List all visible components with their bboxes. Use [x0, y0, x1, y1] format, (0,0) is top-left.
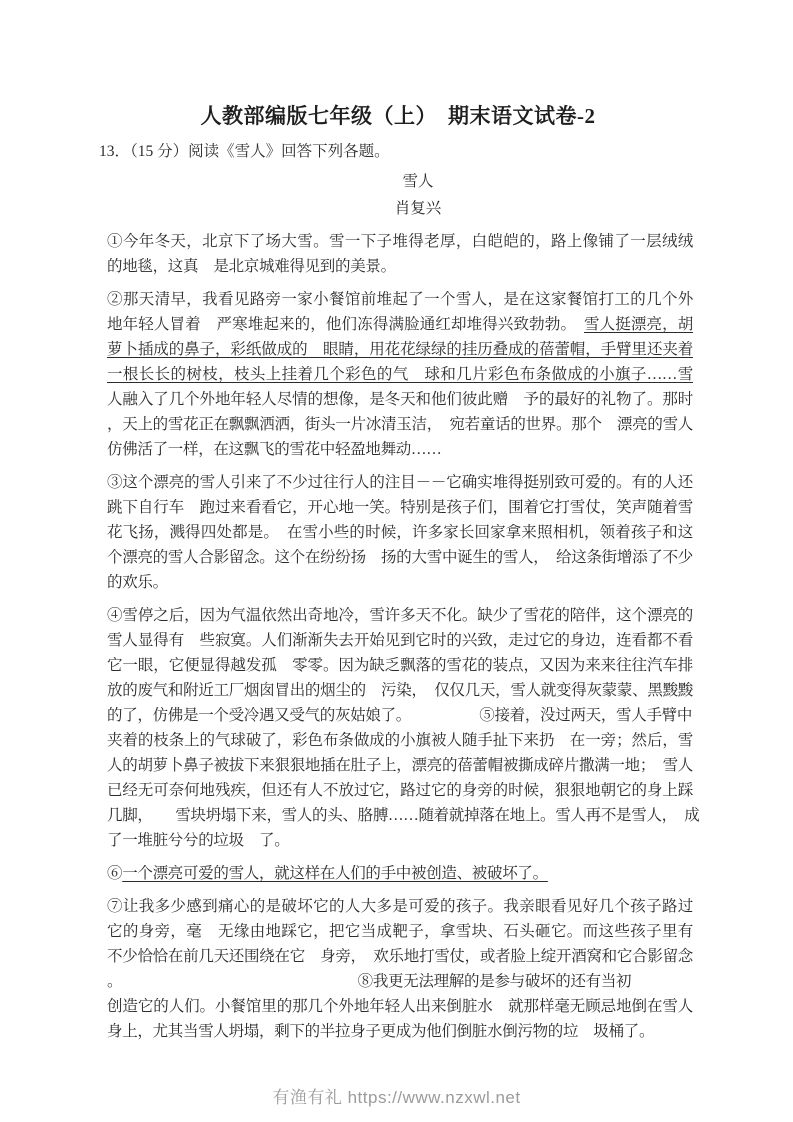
plain-text: 创造它的人们。小餐馆里的那几个外地年轻人出来倒脏水 就那样毫无顾忌地倒在雪人 [107, 998, 693, 1015]
passage-line: 。 ⑧我更无法理解的是参与破坏的还有当初 [107, 969, 697, 994]
underlined-text: 萝卜插成的鼻子，彩纸做成的 眼睛，用花花绿绿的挂历叠成的蓓蕾帽，手臂里还夹着 [107, 341, 693, 358]
passage-line: 地年轻人冒着 严寒堆起来的，他们冻得满脸通红却堆得兴致勃勃。 雪人挺漂亮，胡 [107, 312, 693, 337]
plain-text: 夹着的枝条上的气球破了，彩色布条做成的小旗被人随手扯下来扔 在一旁；然后，雪 [107, 732, 693, 749]
plain-text: 的欢乐。 [107, 574, 168, 591]
passage-line: 的了，仿佛是一个受冷遇又受气的灰姑娘了。 ⑤接着，没过两天，雪人手臂中 [107, 703, 697, 728]
passage-line: 的欢乐。 [107, 570, 697, 595]
passage-line: 夹着的枝条上的气球破了，彩色布条做成的小旗被人随手扯下来扔 在一旁；然后，雪 [107, 728, 693, 753]
passage-line: 人的胡萝卜鼻子被拔下来狠狠地插在肚子上，漂亮的蓓蕾帽被撕成碎片撒满一地； 雪人 [107, 753, 693, 778]
passage-line: 它的身旁，毫 无缘由地踩它，把它当成靶子，拿雪块、石头砸它。而这些孩子里有 [107, 919, 693, 944]
plain-text: ④雪停之后，因为气温依然出奇地冷，雪许多天不化。缺少了雪花的陪伴，这个漂亮的 [107, 607, 693, 624]
plain-text: 个漂亮的雪人合影留念。这个在纷纷扬 扬的大雪中诞生的雪人， 给这条街增添了不少 [107, 549, 693, 566]
passage-line: 已经无可奈何地残疾，但还有人不放过它，路过它的身旁的时候，狠狠地朝它的身上踩 [107, 778, 693, 803]
passage-line: 不少恰恰在前几天还围绕在它 身旁， 欢乐地打雪仗，或者脸上绽开酒窝和它合影留念 [107, 944, 693, 969]
plain-text: ②那天清早，我看见路旁一家小餐馆前堆起了一个雪人，是在这家餐馆打工的几个外 [107, 291, 693, 308]
passage-paragraph: ②那天清早，我看见路旁一家小餐馆前堆起了一个雪人，是在这家餐馆打工的几个外地年轻… [107, 287, 697, 462]
plain-text: ③这个漂亮的雪人引来了不少过往行人的注目－－它确实堆得挺别致可爱的。有的人还 [107, 474, 693, 491]
passage-line: 雪人显得有 些寂寞。人们渐渐失去开始见到它时的兴致，走过它的身边，连看都不看 [107, 628, 693, 653]
passage-line: ，天上的雪花正在飘飘洒洒，街头一片冰清玉洁， 宛若童话的世界。那个 漂亮的雪人 [107, 412, 693, 437]
page-title: 人教部编版七年级（上） 期末语文试卷-2 [99, 100, 697, 130]
passage-line: ⑦让我多少感到痛心的是破坏它的人大多是可爱的孩子。我亲眼看见好几个孩子路过 [107, 894, 693, 919]
underlined-text: 一个漂亮可爱的雪人，就这样在人们的手中被创造、被破坏了。 [122, 865, 548, 882]
passage-line: 的地毯，这真 是北京城难得见到的美景。 [107, 254, 697, 279]
question-13-stem: 13．（15 分）阅读《雪人》回答下列各题。 [99, 139, 697, 164]
plain-text: 的地毯，这真 是北京城难得见到的美景。 [107, 258, 396, 275]
passage-line: ③这个漂亮的雪人引来了不少过往行人的注目－－它确实堆得挺别致可爱的。有的人还 [107, 470, 693, 495]
passage-line: 人融入了几个外地年轻人尽情的想像，是冬天和他们彼此赠 予的最好的礼物了。那时 [107, 387, 693, 412]
plain-text: 已经无可奈何地残疾，但还有人不放过它，路过它的身旁的时候，狠狠地朝它的身上踩 [107, 782, 693, 799]
passage-line: 放的废气和附近工厂烟囱冒出的烟尘的 污染， 仅仅几天，雪人就变得灰蒙蒙、黑黢黢 [107, 678, 693, 703]
underlined-text: 一根长长的树枝，枝头上挂着几个彩色的气 球和几片彩色布条做成的小旗子……雪 [107, 366, 693, 383]
plain-text: ①今年冬天，北京下了场大雪。雪一下子堆得老厚，白皑皑的，路上像铺了一层绒绒 [107, 233, 693, 250]
passage-title: 雪人 [139, 169, 697, 194]
passage-body: ①今年冬天，北京下了场大雪。雪一下子堆得老厚，白皑皑的，路上像铺了一层绒绒的地毯… [99, 229, 697, 1044]
passage-line: 创造它的人们。小餐馆里的那几个外地年轻人出来倒脏水 就那样毫无顾忌地倒在雪人 [107, 994, 693, 1019]
underlined-text: 雪人挺漂亮，胡 [584, 316, 693, 333]
passage-line: 身上，尤其当雪人坍塌，剩下的半拉身子更成为他们倒脏水倒污物的垃 圾桶了。 [107, 1019, 697, 1044]
passage-line: 几脚， 雪块坍塌下来，雪人的头、胳膊……随着就掉落在地上。雪人再不是雪人， 成 [107, 803, 693, 828]
passage-line: 花飞扬，溅得四处都是。 在雪小些的时候，许多家长回家拿来照相机，领着孩子和这 [107, 520, 693, 545]
plain-text: ⑦让我多少感到痛心的是破坏它的人大多是可爱的孩子。我亲眼看见好几个孩子路过 [107, 898, 693, 915]
plain-text: 跳下自行车 跑过来看看它，开心地一笑。特别是孩子们，围着它打雪仗，笑声随着雪 [107, 499, 693, 516]
passage-line: 它一眼，它便显得越发孤 零零。因为缺乏飘落的雪花的装点，又因为来来往往汽车排 [107, 653, 693, 678]
plain-text: 人融入了几个外地年轻人尽情的想像，是冬天和他们彼此赠 予的最好的礼物了。那时 [107, 391, 693, 408]
passage-paragraph: ④雪停之后，因为气温依然出奇地冷，雪许多天不化。缺少了雪花的陪伴，这个漂亮的雪人… [107, 603, 697, 853]
plain-text: 人的胡萝卜鼻子被拔下来狠狠地插在肚子上，漂亮的蓓蕾帽被撕成碎片撒满一地； 雪人 [107, 757, 693, 774]
passage-paragraph: ③这个漂亮的雪人引来了不少过往行人的注目－－它确实堆得挺别致可爱的。有的人还跳下… [107, 470, 697, 595]
plain-text: 仿佛活了一样，在这飘飞的雪花中轻盈地舞动…… [107, 441, 441, 458]
plain-text: ⑥ [107, 865, 122, 882]
plain-text: 身上，尤其当雪人坍塌，剩下的半拉身子更成为他们倒脏水倒污物的垃 圾桶了。 [107, 1023, 654, 1040]
footer-watermark: 有渔有礼 https://www.nzxwl.net [0, 1083, 793, 1108]
passage-paragraph: ①今年冬天，北京下了场大雪。雪一下子堆得老厚，白皑皑的，路上像铺了一层绒绒的地毯… [107, 229, 697, 279]
plain-text: 几脚， 雪块坍塌下来，雪人的头、胳膊……随着就掉落在地上。雪人再不是雪人， 成 [107, 807, 700, 824]
document-page: 人教部编版七年级（上） 期末语文试卷-2 13．（15 分）阅读《雪人》回答下列… [0, 0, 793, 1122]
passage-line: 个漂亮的雪人合影留念。这个在纷纷扬 扬的大雪中诞生的雪人， 给这条街增添了不少 [107, 545, 693, 570]
plain-text: ，天上的雪花正在飘飘洒洒，街头一片冰清玉洁， 宛若童话的世界。那个 漂亮的雪人 [107, 416, 693, 433]
plain-text: 不少恰恰在前几天还围绕在它 身旁， 欢乐地打雪仗，或者脸上绽开酒窝和它合影留念 [107, 948, 693, 965]
passage-line: 一根长长的树枝，枝头上挂着几个彩色的气 球和几片彩色布条做成的小旗子……雪 [107, 362, 693, 387]
plain-text: 了一堆脏兮兮的垃圾 了。 [107, 832, 289, 849]
passage-line: 仿佛活了一样，在这飘飞的雪花中轻盈地舞动…… [107, 437, 697, 462]
plain-text: 放的废气和附近工厂烟囱冒出的烟尘的 污染， 仅仅几天，雪人就变得灰蒙蒙、黑黢黢 [107, 682, 693, 699]
passage-line: ①今年冬天，北京下了场大雪。雪一下子堆得老厚，白皑皑的，路上像铺了一层绒绒 [107, 229, 693, 254]
plain-text: 地年轻人冒着 严寒堆起来的，他们冻得满脸通红却堆得兴致勃勃。 [107, 316, 584, 333]
plain-text: 雪人显得有 些寂寞。人们渐渐失去开始见到它时的兴致，走过它的身边，连看都不看 [107, 632, 693, 649]
passage-line: ④雪停之后，因为气温依然出奇地冷，雪许多天不化。缺少了雪花的陪伴，这个漂亮的 [107, 603, 693, 628]
plain-text: 。 ⑧我更无法理解的是参与破坏的还有当初 [107, 973, 631, 990]
passage-line: 了一堆脏兮兮的垃圾 了。 [107, 828, 697, 853]
plain-text: 的了，仿佛是一个受冷遇又受气的灰姑娘了。 ⑤接着，没过两天，雪人手臂中 [107, 707, 692, 724]
passage-line: 萝卜插成的鼻子，彩纸做成的 眼睛，用花花绿绿的挂历叠成的蓓蕾帽，手臂里还夹着 [107, 337, 693, 362]
passage-paragraph: ⑥一个漂亮可爱的雪人，就这样在人们的手中被创造、被破坏了。 [107, 861, 697, 886]
plain-text: 它的身旁，毫 无缘由地踩它，把它当成靶子，拿雪块、石头砸它。而这些孩子里有 [107, 923, 693, 940]
plain-text: 它一眼，它便显得越发孤 零零。因为缺乏飘落的雪花的装点，又因为来来往往汽车排 [107, 657, 693, 674]
plain-text: 花飞扬，溅得四处都是。 在雪小些的时候，许多家长回家拿来照相机，领着孩子和这 [107, 524, 693, 541]
passage-paragraph: ⑦让我多少感到痛心的是破坏它的人大多是可爱的孩子。我亲眼看见好几个孩子路过它的身… [107, 894, 697, 1044]
passage-line: 跳下自行车 跑过来看看它，开心地一笑。特别是孩子们，围着它打雪仗，笑声随着雪 [107, 495, 693, 520]
passage-line: ⑥一个漂亮可爱的雪人，就这样在人们的手中被创造、被破坏了。 [107, 861, 697, 886]
passage-line: ②那天清早，我看见路旁一家小餐馆前堆起了一个雪人，是在这家餐馆打工的几个外 [107, 287, 693, 312]
passage-author: 肖复兴 [139, 196, 697, 221]
